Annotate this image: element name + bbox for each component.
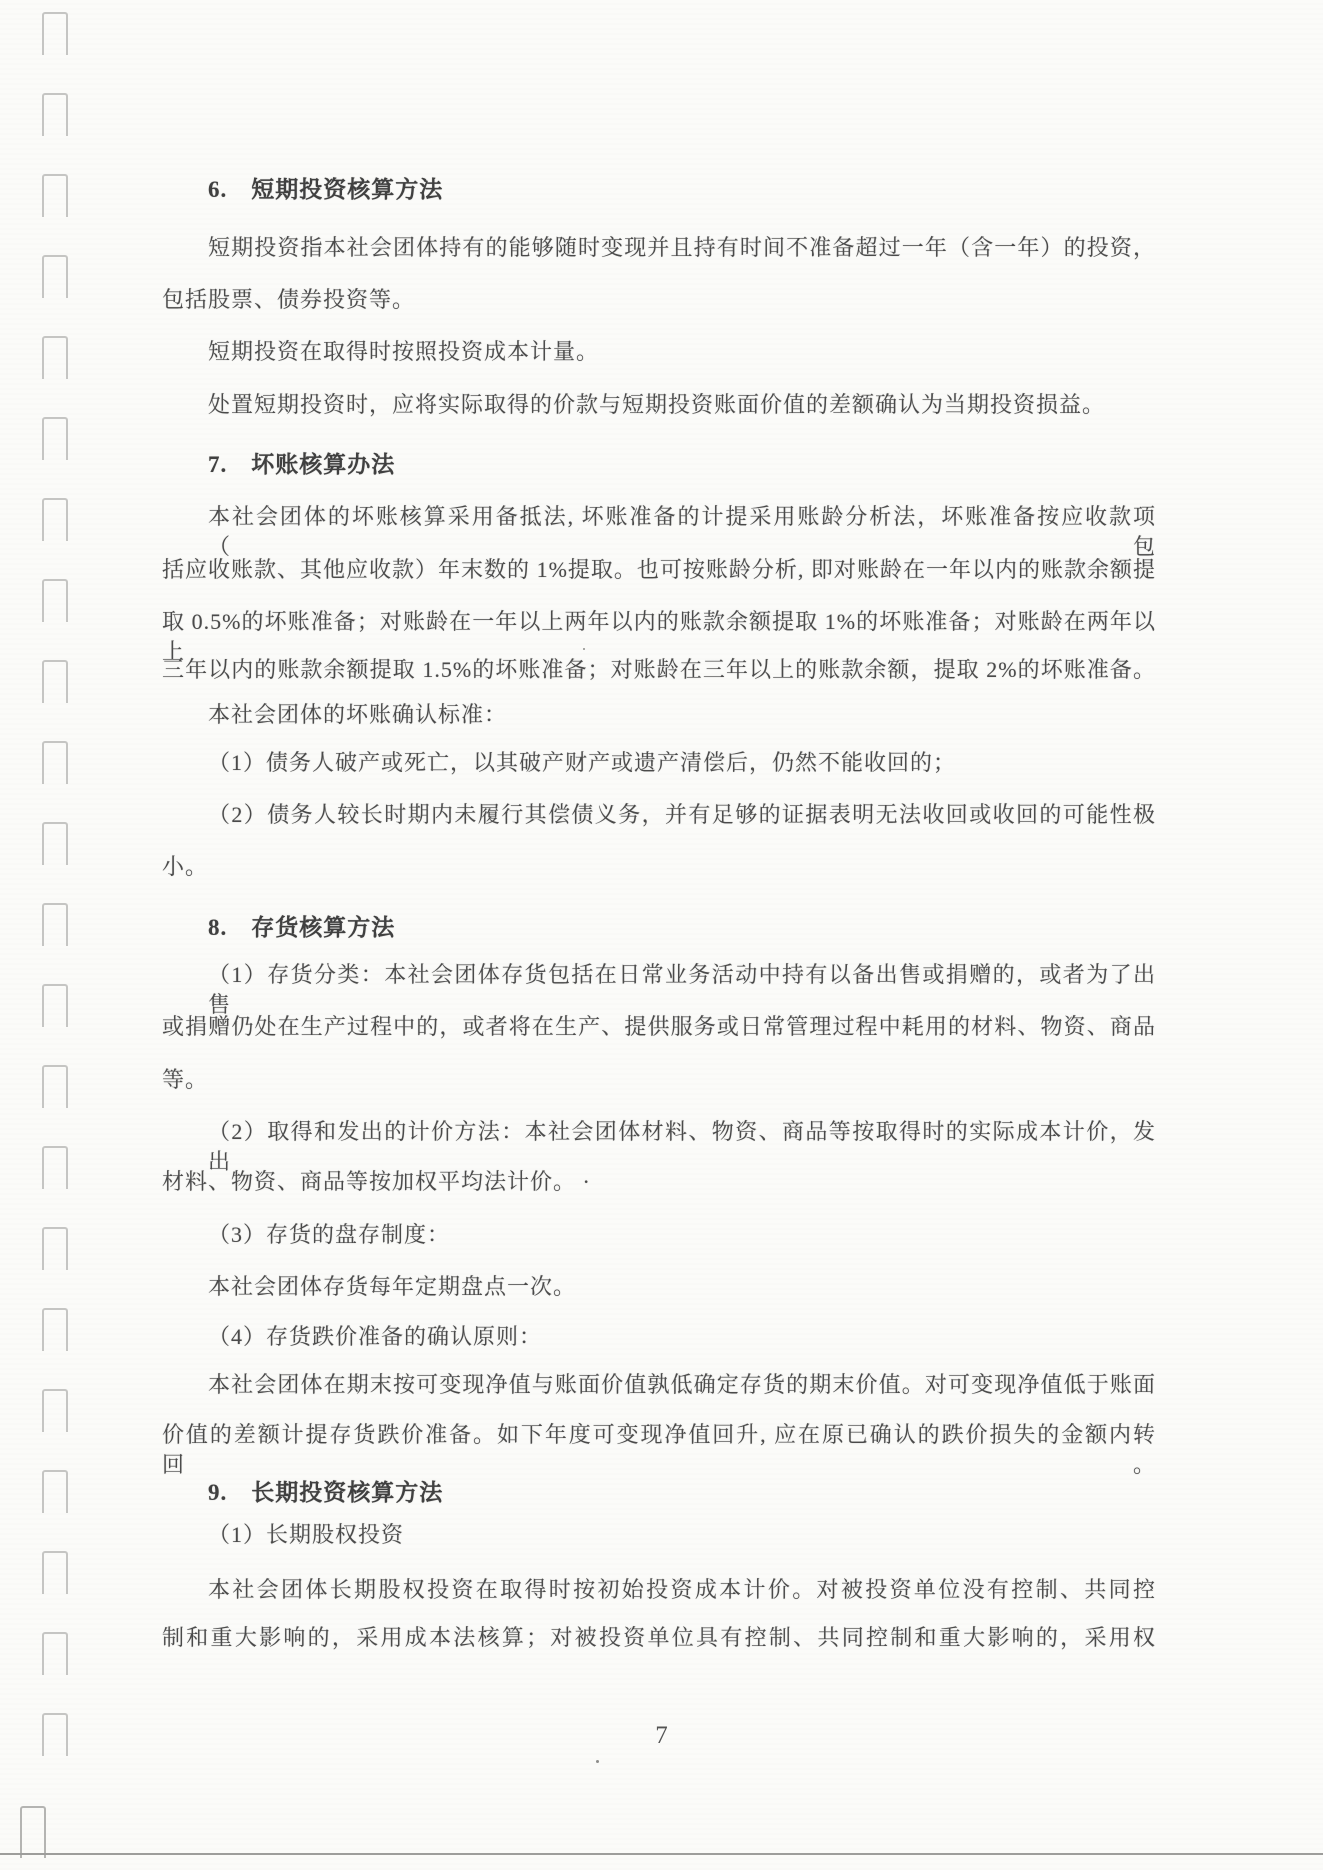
- text-line: 本社会团体存货每年定期盘点一次。: [208, 1272, 1156, 1302]
- scan-speck: [596, 1760, 599, 1763]
- text-line: 括应收账款、其他应收款）年末数的 1%提取。也可按账龄分析, 即对账龄在一年以内…: [162, 555, 1156, 585]
- text-line: 本社会团体的坏账确认标准：: [208, 700, 1156, 730]
- text-line: 材料、物资、商品等按加权平均法计价。 ·: [162, 1167, 1156, 1197]
- text-line: （1）存货分类：本社会团体存货包括在日常业务活动中持有以备出售或捐赠的，或者为了…: [208, 960, 1156, 1020]
- text-line: 价值的差额计提存货跌价准备。如下年度可变现净值回升, 应在原已确认的跌价损失的金…: [162, 1420, 1156, 1480]
- text-line: 包括股票、债券投资等。: [162, 285, 1156, 315]
- text-line: （3）存货的盘存制度：: [208, 1220, 1156, 1250]
- text-line: 本社会团体的坏账核算采用备抵法, 坏账准备的计提采用账龄分析法，坏账准备按应收款…: [208, 502, 1156, 562]
- text-line: （1）债务人破产或死亡，以其破产财产或遗产清偿后，仍然不能收回的；: [208, 748, 1156, 778]
- text-line: 等。: [162, 1065, 1156, 1095]
- text-layer: 6. 短期投资核算方法短期投资指本社会团体持有的能够随时变现并且持有时间不准备超…: [0, 0, 1323, 1870]
- text-line: 处置短期投资时，应将实际取得的价款与短期投资账面价值的差额确认为当期投资损益。: [208, 390, 1156, 420]
- text-line: 本社会团体长期股权投资在取得时按初始投资成本计价。对被投资单位没有控制、共同控: [208, 1575, 1156, 1605]
- text-line: 或捐赠仍处在生产过程中的，或者将在生产、提供服务或日常管理过程中耗用的材料、物资…: [162, 1012, 1156, 1042]
- section-heading: 8. 存货核算方法: [208, 913, 1156, 943]
- section-heading: 6. 短期投资核算方法: [208, 175, 1156, 205]
- text-line: （4）存货跌价准备的确认原则：: [208, 1322, 1156, 1352]
- text-line: 制和重大影响的，采用成本法核算；对被投资单位具有控制、共同控制和重大影响的，采用…: [162, 1623, 1156, 1653]
- document-page: 6. 短期投资核算方法短期投资指本社会团体持有的能够随时变现并且持有时间不准备超…: [0, 0, 1323, 1870]
- scan-bottom-edge-line: [0, 1853, 1323, 1855]
- text-line: 本社会团体在期末按可变现净值与账面价值孰低确定存货的期末价值。对可变现净值低于账…: [208, 1370, 1156, 1400]
- section-heading: 9. 长期投资核算方法: [208, 1478, 1156, 1508]
- text-line: 短期投资指本社会团体持有的能够随时变现并且持有时间不准备超过一年（含一年）的投资…: [208, 233, 1156, 263]
- scan-speck: [583, 648, 585, 650]
- text-line: （2）债务人较长时期内未履行其偿债义务，并有足够的证据表明无法收回或收回的可能性…: [208, 800, 1156, 830]
- section-heading: 7. 坏账核算办法: [208, 450, 1156, 480]
- text-line: （1）长期股权投资: [208, 1520, 1156, 1550]
- text-line: 短期投资在取得时按照投资成本计量。: [208, 337, 1156, 367]
- page-number: 7: [0, 1722, 1323, 1750]
- text-line: 三年以内的账款余额提取 1.5%的坏账准备；对账龄在三年以上的账款余额，提取 2…: [162, 655, 1156, 685]
- text-line: 小。: [162, 852, 1156, 882]
